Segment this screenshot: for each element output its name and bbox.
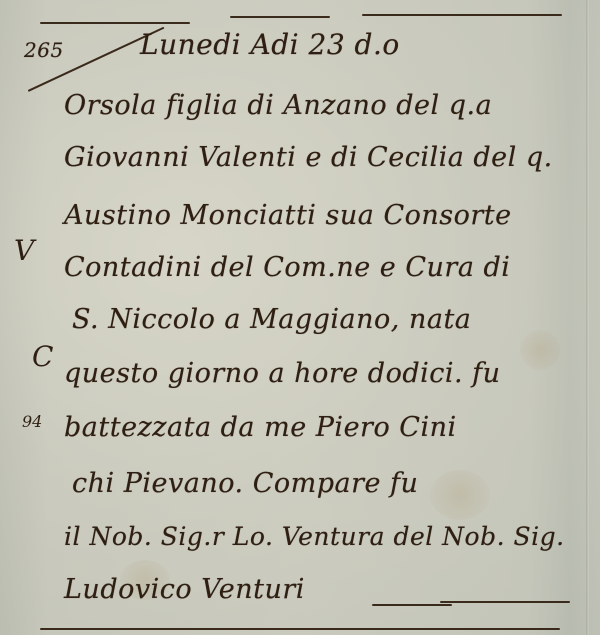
text-line-1: Orsola figlia di Anzano del q.a [64, 90, 492, 121]
margin-note-94: 94 [22, 412, 42, 431]
bottom-rule [40, 628, 560, 630]
margin-note-v: V [14, 234, 34, 267]
top-rule [362, 14, 562, 16]
entry-number: 265 [24, 38, 64, 62]
text-line-4: Contadini del Com.ne e Cura di [64, 252, 510, 283]
text-line-2: Giovanni Valenti e di Cecilia del q. [64, 142, 553, 173]
margin-note-c: C [32, 340, 53, 373]
paper-stain [520, 330, 560, 370]
text-line-8: chi Pievano. Compare fu [72, 468, 418, 499]
text-line-5: S. Niccolo a Maggiano, nata [72, 304, 471, 335]
closing-rule [440, 601, 570, 603]
text-line-6: questo giorno a hore dodici. fu [64, 358, 501, 389]
paper-stain [430, 470, 490, 520]
page-fold-shadow [586, 0, 589, 635]
text-line-3: Austino Monciatti sua Consorte [64, 200, 512, 231]
entry-heading: Lunedi Adi 23 d.o [140, 28, 400, 61]
top-rule [40, 22, 190, 24]
manuscript-page: 265 Lunedi Adi 23 d.o V C 94 Orsola figl… [0, 0, 600, 635]
top-rule [230, 16, 330, 18]
closing-rule [372, 604, 452, 606]
text-line-7: battezzata da me Piero Cini [64, 412, 457, 443]
text-line-9: il Nob. Sig.r Lo. Ventura del Nob. Sig. [64, 522, 565, 551]
text-line-10: Ludovico Venturi [64, 574, 305, 605]
